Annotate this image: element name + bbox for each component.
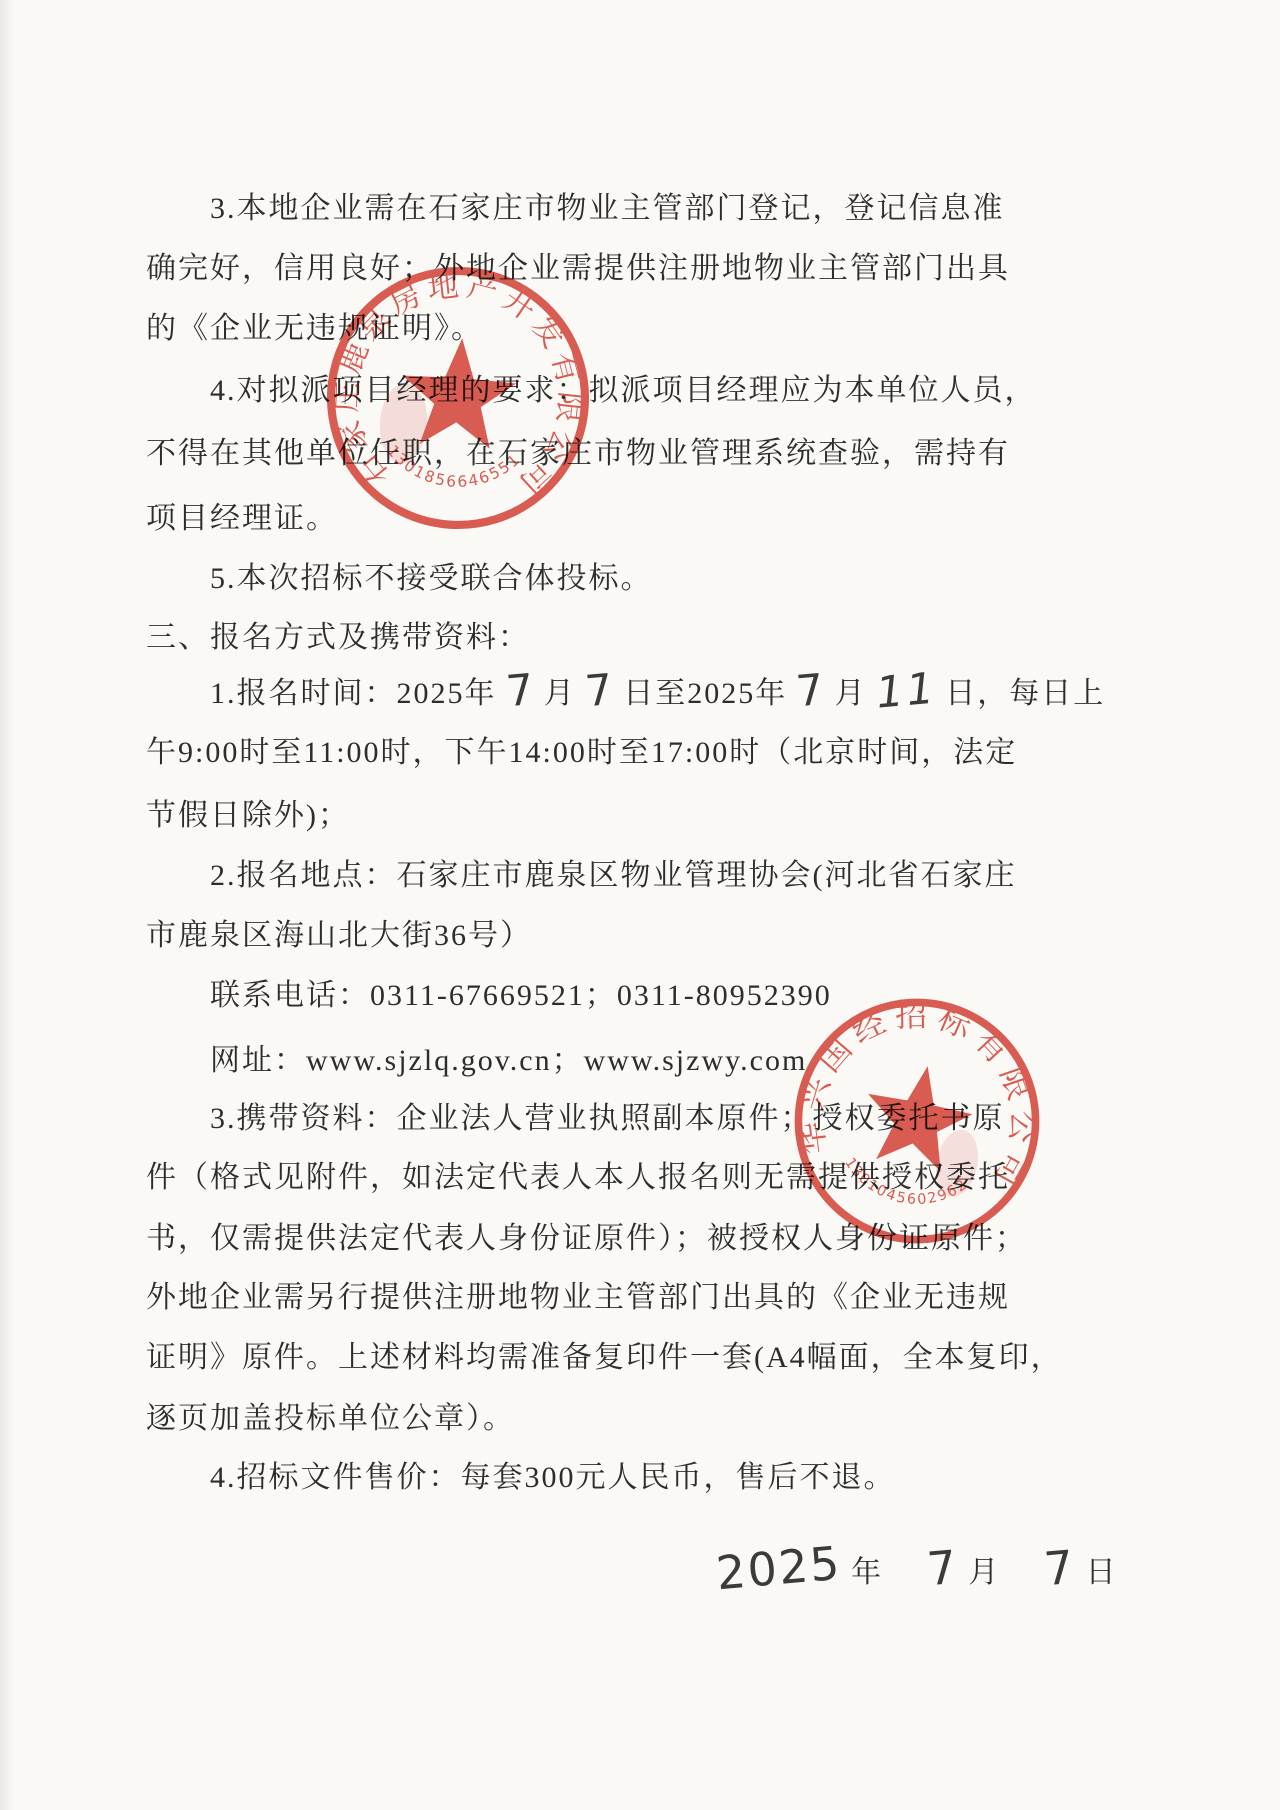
- month-label: 月: [968, 1547, 1000, 1591]
- doc-line: 证明》原件。上述材料均需准备复印件一套(A4幅面，全本复印，: [146, 1332, 1063, 1376]
- text-run: 月: [835, 677, 867, 710]
- doc-line: 项目经理证。: [146, 493, 338, 537]
- document-page: 3.本地企业需在石家庄市物业主管部门登记，登记信息准 确完好，信用良好；外地企业…: [0, 0, 1280, 1810]
- day-label: 日: [1086, 1547, 1118, 1591]
- company-seal: 石家庄鹿泉房地产开发有限公司 1301856646551: [313, 253, 603, 543]
- seal-number: 1301856646551: [381, 441, 525, 496]
- handwritten-month: 7: [795, 675, 827, 707]
- doc-line: 2.报名地点：石家庄市鹿泉区物业管理协会(河北省石家庄: [146, 850, 1017, 894]
- text-run: 日，每日上: [945, 677, 1105, 710]
- doc-line: 5.本次招标不接受联合体投标。: [146, 553, 653, 597]
- handwritten-month: 7: [926, 1552, 960, 1585]
- text-run: 月: [544, 677, 576, 710]
- handwritten-year: 2025: [715, 1548, 842, 1589]
- handwritten-day: 7: [584, 675, 616, 707]
- doc-line-signup-time: 1.报名时间：2025年7月7日至2025年7月11日，每日上: [146, 668, 1105, 712]
- text-run: 日至2025年: [623, 677, 787, 710]
- footer-date: 2025 年 7 月 7 日: [706, 1547, 1118, 1591]
- doc-line: 外地企业需另行提供注册地物业主管部门出具的《企业无违规: [146, 1272, 1010, 1316]
- doc-line: 4.招标文件售价：每套300元人民币，售后不退。: [146, 1452, 896, 1496]
- handwritten-month: 7: [504, 675, 536, 707]
- text-run: 1.报名时间：2025年: [210, 677, 497, 710]
- doc-line-phone: 联系电话：0311-67669521；0311-80952390: [146, 970, 832, 1014]
- doc-line: 午9:00时至11:00时，下午14:00时至17:00时（北京时间，法定: [146, 727, 1017, 771]
- doc-line: 节假日除外)；: [146, 790, 350, 834]
- doc-line-website: 网址：www.sjzlq.gov.cn；www.sjzwy.com: [146, 1035, 807, 1079]
- handwritten-day: 7: [1043, 1552, 1077, 1585]
- handwritten-day: 11: [875, 673, 938, 708]
- agency-seal: 华兴国经招标有限公司 1301045602962: [768, 972, 1066, 1270]
- doc-line: 市鹿泉区海山北大街36号）: [146, 910, 532, 954]
- year-label: 年: [851, 1547, 883, 1591]
- doc-line: 逐页加盖投标单位公章）。: [146, 1393, 515, 1437]
- doc-line-section-heading: 三、报名方式及携带资料：: [146, 612, 530, 656]
- doc-line: 3.本地企业需在石家庄市物业主管部门登记，登记信息准: [146, 183, 1005, 227]
